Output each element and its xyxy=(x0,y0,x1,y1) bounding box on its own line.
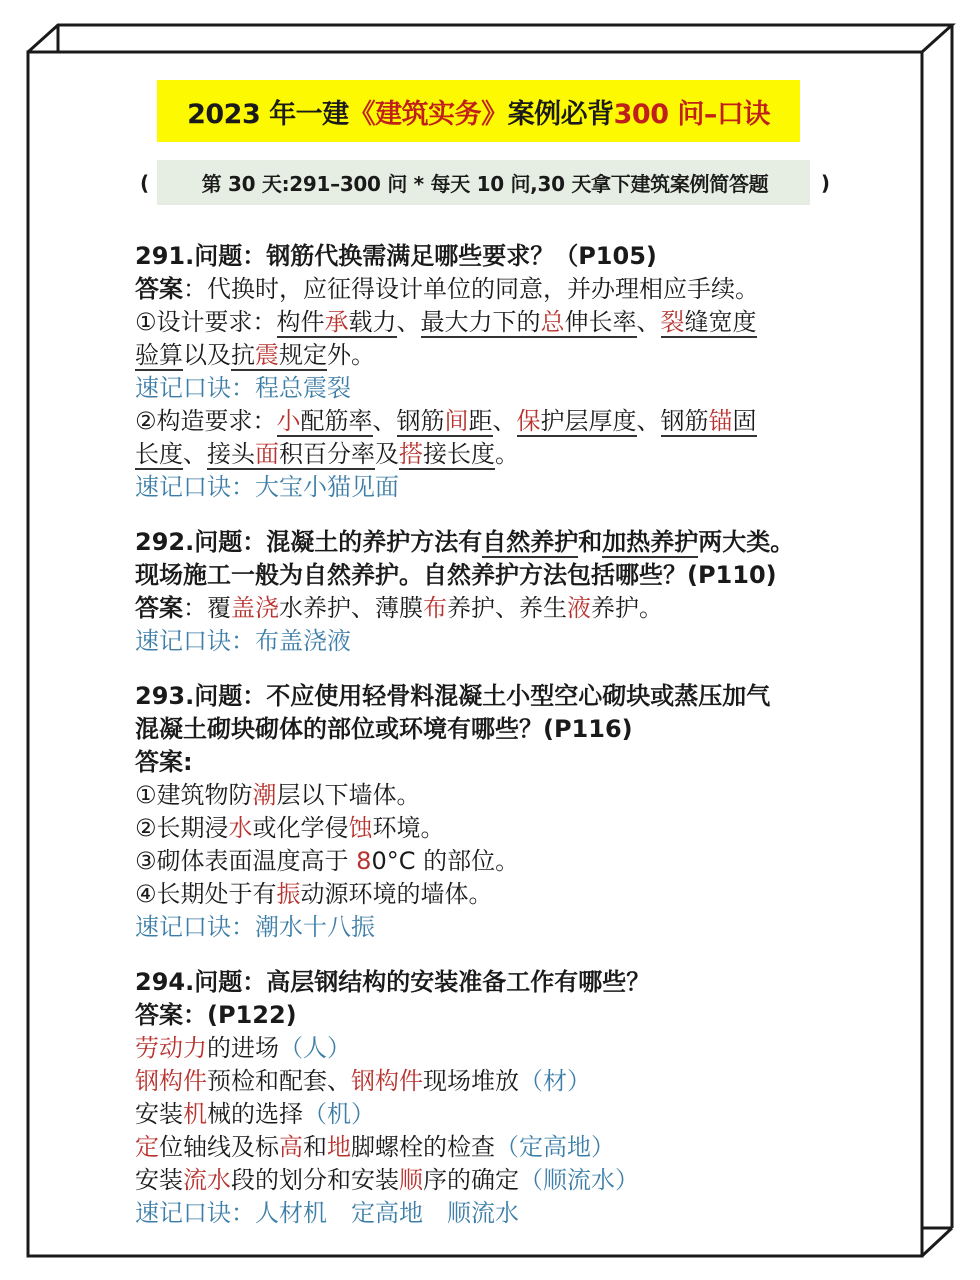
question-text: 294.问题：高层钢结构的安装准备工作有哪些？ xyxy=(135,966,845,999)
underlined-phrase: 抗震规定 xyxy=(231,341,327,371)
mnemonic: 速记口诀：人材机 定高地 顺流水 xyxy=(135,1197,845,1230)
design-requirements-line-2: 验算以及抗震规定外。 xyxy=(135,339,845,372)
answer-label: 答案: xyxy=(135,746,845,779)
question-text-2: 混凝土砌块砌体的部位或环境有哪些？(P116) xyxy=(135,713,845,746)
answer-item: ②长期浸水或化学侵蚀环境。 xyxy=(135,812,845,845)
answer-item: 钢构件预检和配套、钢构件现场堆放（材） xyxy=(135,1065,845,1098)
underlined-phrase: 搭接长度 xyxy=(399,440,495,470)
mnemonic: 速记口诀：潮水十八振 xyxy=(135,911,845,944)
construction-requirements-line: ②构造要求：小配筋率、钢筋间距、保护层厚度、钢筋锚固 xyxy=(135,405,845,438)
underlined-phrase: 长度 xyxy=(135,440,183,470)
question-text: 291.问题：钢筋代换需满足哪些要求？（P105) xyxy=(135,240,845,273)
subtitle-close-paren: ) xyxy=(821,171,830,195)
title-mid: 案例必背 xyxy=(508,92,614,131)
question-text: 293.问题：不应使用轻骨料混凝土小型空心砌块或蒸压加气 xyxy=(135,680,845,713)
answer-item: 劳动力的进场（人） xyxy=(135,1032,845,1065)
underlined-phrase: 最大力下的总伸长率 xyxy=(421,308,637,338)
mnemonic: 速记口诀：大宝小猫见面 xyxy=(135,471,845,504)
construction-requirements-line-2: 长度、接头面积百分率及搭接长度。 xyxy=(135,438,845,471)
answer-item: ①建筑物防潮层以下墙体。 xyxy=(135,779,845,812)
question-294: 294.问题：高层钢结构的安装准备工作有哪些？ 答案：(P122) 劳动力的进场… xyxy=(135,966,845,1230)
underlined-phrase: 验算 xyxy=(135,341,183,371)
answer-item: 定位轴线及标高和地脚螺栓的检查（定高地） xyxy=(135,1131,845,1164)
mnemonic: 速记口诀：程总震裂 xyxy=(135,372,845,405)
subtitle-text: 第 30 天:291–300 问 * 每天 10 问,30 天拿下建筑案例简答题 xyxy=(149,168,821,197)
page-title: 2023 年一建 《建筑实务》 案例必背 300 问–口诀 xyxy=(157,80,800,142)
underlined-phrase: 钢筋间距 xyxy=(397,407,493,437)
qa-content: 291.问题：钢筋代换需满足哪些要求？（P105) 答案：代换时，应征得设计单位… xyxy=(135,240,845,1230)
underlined-phrase: 小配筋率 xyxy=(277,407,373,437)
answer-item: 安装机械的选择（机） xyxy=(135,1098,845,1131)
subtitle-open-paren: ( xyxy=(140,171,149,195)
answer-text: ：代换时，应征得设计单位的同意，并办理相应手续。 xyxy=(183,275,759,303)
answer-line: 答案：代换时，应征得设计单位的同意，并办理相应手续。 xyxy=(135,273,845,306)
answer-item: ③砌体表面温度高于 80°C 的部位。 xyxy=(135,845,845,878)
mnemonic: 速记口诀：布盖浇液 xyxy=(135,625,845,658)
title-suffix: 300 问–口诀 xyxy=(614,92,770,131)
answer-item: ④长期处于有振动源环境的墙体。 xyxy=(135,878,845,911)
subtitle-banner: ( 第 30 天:291–300 问 * 每天 10 问,30 天拿下建筑案例简… xyxy=(140,160,830,205)
title-book: 《建筑实务》 xyxy=(349,92,508,131)
underlined-phrase: 构件承载力 xyxy=(277,308,397,338)
underlined-phrase: 裂缝宽度 xyxy=(661,308,757,338)
underlined-phrase: 保护层厚度 xyxy=(517,407,637,437)
answer-label: 答案：(P122) xyxy=(135,999,845,1032)
design-requirements-line: ①设计要求：构件承载力、最大力下的总伸长率、裂缝宽度 xyxy=(135,306,845,339)
underlined-phrase: 钢筋锚固 xyxy=(661,407,757,437)
answer-item: 安装流水段的划分和安装顺序的确定（顺流水） xyxy=(135,1164,845,1197)
question-text: 292.问题：混凝土的养护方法有自然养护和加热养护两大类。 xyxy=(135,526,845,559)
title-prefix: 2023 年一建 xyxy=(187,92,349,131)
question-text-2: 现场施工一般为自然养护。自然养护方法包括哪些？(P110) xyxy=(135,559,845,592)
question-293: 293.问题：不应使用轻骨料混凝土小型空心砌块或蒸压加气 混凝土砌块砌体的部位或… xyxy=(135,680,845,944)
question-291: 291.问题：钢筋代换需满足哪些要求？（P105) 答案：代换时，应征得设计单位… xyxy=(135,240,845,504)
item-label: ①设计要求： xyxy=(135,308,277,336)
answer-line: 答案：覆盖浇水养护、薄膜布养护、养生液养护。 xyxy=(135,592,845,625)
question-292: 292.问题：混凝土的养护方法有自然养护和加热养护两大类。 现场施工一般为自然养… xyxy=(135,526,845,658)
answer-label: 答案 xyxy=(135,275,183,303)
underlined-phrase: 接头面积百分率 xyxy=(207,440,375,470)
